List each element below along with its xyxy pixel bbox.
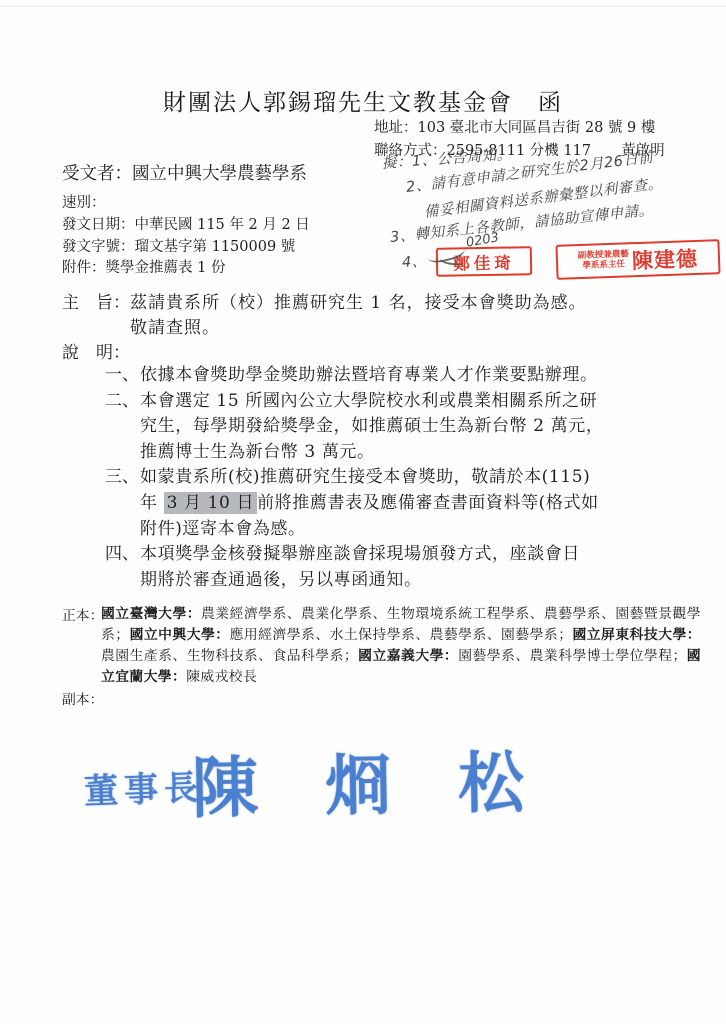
address-line: 地址：103 臺北市大同區昌吉街 28 號 9 樓 xyxy=(374,116,655,137)
chair-stamp-title: 副教授兼農藝 學系系主任 xyxy=(578,250,630,271)
item-text-line: 本項獎學金核發擬舉辦座談會採現場頒發方式，座談會日 xyxy=(140,542,580,568)
item-text-line: 依據本會獎助學金獎助辦法暨培育專業人才作業要點辦理。 xyxy=(140,363,598,389)
meta-date: 發文日期：中華民國 115 年 2 月 2 日 xyxy=(62,215,310,237)
item-number: 二、 xyxy=(105,389,140,466)
explanation-item: 三、如蒙貴系所(校)推薦研究生接受本會獎助，敬請於本(115)年 3 月 10 … xyxy=(105,465,603,542)
document-title: 財團法人郭錫瑠先生文教基金會 函 xyxy=(0,84,726,117)
chair-stamp-title-line2: 學系系主任 xyxy=(582,259,625,270)
recipient-school: 國立中興大學： xyxy=(129,627,229,643)
item-text-line: 期將於審查通過後，另以專函通知。 xyxy=(140,568,580,594)
item-text-line: 究生，每學期發給獎學金，如推薦碩士生為新台幣 2 萬元， xyxy=(140,414,603,440)
explanation-label: 說 明： xyxy=(62,338,130,363)
item-text-line: 附件)逕寄本會為感。 xyxy=(140,517,599,543)
item-text-line: 如蒙貴系所(校)推薦研究生接受本會獎助，敬請於本(115) xyxy=(140,465,599,491)
chairman-title-stamp: 董事長 xyxy=(83,760,205,813)
explanation-item: 二、本會選定 15 所國內公立大學院校水利或農業相關系所之研究生，每學期發給獎學… xyxy=(105,389,603,466)
meta-attachment: 附件：獎學金推薦表 1 份 xyxy=(62,258,310,280)
pencil-line: 4、 xyxy=(401,250,427,272)
scanned-official-letter: 財團法人郭錫瑠先生文教基金會 函 地址：103 臺北市大同區昌吉街 28 號 9… xyxy=(0,0,726,1024)
original-copy-label: 正本： xyxy=(62,604,103,624)
chair-stamp-name: 陳建德 xyxy=(631,242,698,274)
original-recipients-text: 國立臺灣大學：農業經濟學系、農業化學系、生物環境系統工程學系、農藝學系、園藝暨景… xyxy=(101,604,701,688)
recipient-school: 國立嘉義大學： xyxy=(358,648,458,664)
meta-block: 速別： 發文日期：中華民國 115 年 2 月 2 日 發文字號：瑠文基字第 1… xyxy=(62,193,310,280)
explanation-items: 一、依據本會獎助學金獎助辦法暨培育專業人才作業要點辦理。二、本會選定 15 所國… xyxy=(105,363,603,593)
item-number: 一、 xyxy=(105,363,140,389)
scan-edge-line xyxy=(0,6,726,7)
recipient-school: 國立屏東科技大學： xyxy=(572,627,701,643)
item-number: 四、 xyxy=(105,542,140,593)
item-number: 三、 xyxy=(105,465,140,542)
meta-speed: 速別： xyxy=(62,193,310,215)
subject-line-1: 茲請貴系所（校）推薦研究生 1 名，接受本會獎助為感。 xyxy=(130,288,587,313)
recipient-line: 受文者：國立中興大學農藝學系 xyxy=(62,160,307,185)
recipient-school: 國立臺灣大學： xyxy=(101,606,201,622)
chairman-name-stamp: 陳 烱 松 xyxy=(191,729,547,830)
subject-label: 主 旨： xyxy=(62,288,130,313)
department-head-stamp: 副教授兼農藝 學系系主任 陳建德 xyxy=(555,239,720,280)
highlighted-date: 3 月 10 日 xyxy=(164,492,257,514)
item-text-line: 年 3 月 10 日前將推薦書表及應備審查書面資料等(格式如 xyxy=(140,491,599,517)
meta-number: 發文字號：瑠文基字第 1150009 號 xyxy=(62,237,310,259)
item-text-line: 推薦博士生為新台幣 3 萬元。 xyxy=(140,440,603,466)
explanation-item: 一、依據本會獎助學金獎助辦法暨培育專業人才作業要點辦理。 xyxy=(105,363,603,389)
cc-copy-label: 副本： xyxy=(62,688,103,708)
explanation-item: 四、本項獎學金核發擬舉辦座談會採現場頒發方式，座談會日期將於審查通過後，另以專函… xyxy=(105,542,603,593)
item-text-line: 本會選定 15 所國內公立大學院校水利或農業相關系所之研 xyxy=(140,389,603,415)
subject-line-2: 敬請查照。 xyxy=(130,313,220,338)
